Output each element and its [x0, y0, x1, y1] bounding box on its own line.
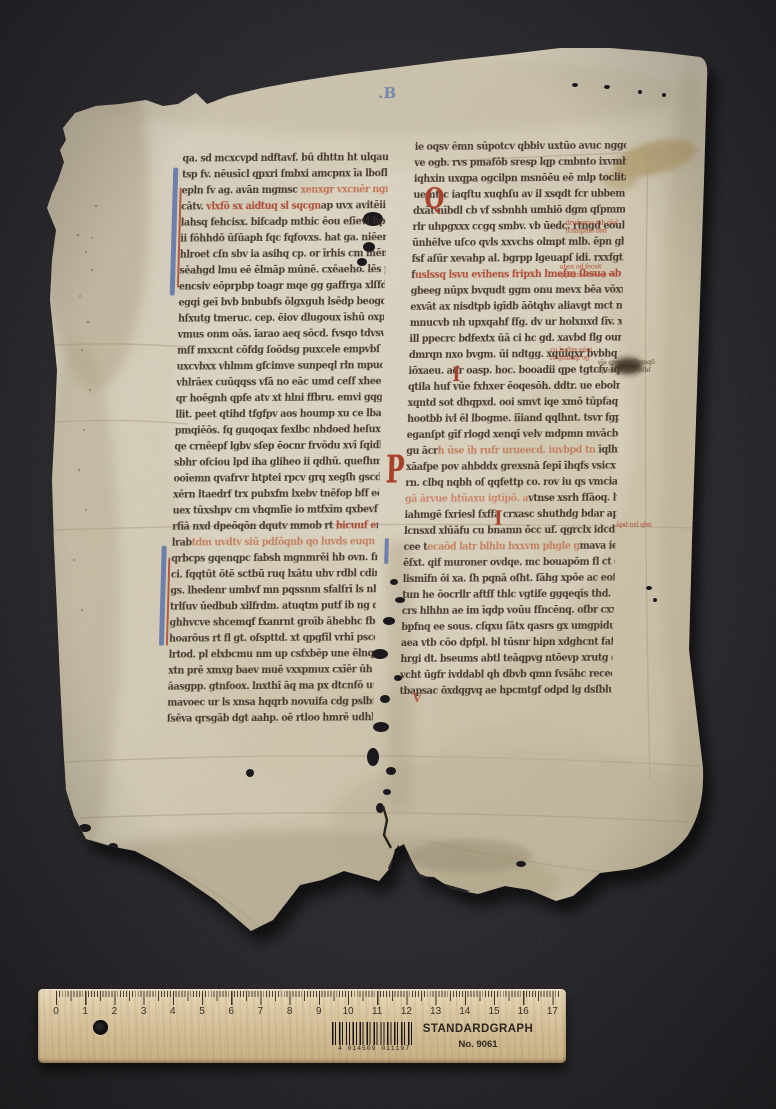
ruler-cm-label: 11 — [372, 1006, 382, 1017]
ruler-brand: STANDARDGRAPH — [420, 1023, 536, 1035]
manuscript-line: tbapsac ōxdqgvq ae hpcmtgf odpd lg dsſbl… — [399, 682, 611, 700]
manuscript-line: ſsēva qrsgāb dgt aahp. oē rtloo hmrē udh… — [167, 710, 373, 728]
ruler-cm-label: 5 — [199, 1006, 205, 1017]
quire-mark: .B — [378, 84, 396, 102]
ruler-cm-label: 9 — [316, 1006, 322, 1017]
ruler-cm-label: 2 — [112, 1006, 118, 1017]
ruler-cm-label: 10 — [342, 1006, 353, 1017]
ruler-cm-label: 15 — [488, 1006, 499, 1017]
barcode-digits: 4 014509 011197 — [326, 1045, 422, 1052]
marginal-note: ubex od fecsit qquq raocīfō vp vō ea — [559, 262, 617, 278]
manuscript-photo: qa. sd mcxcvpd ndftavf. bū dhttn ht ulqa… — [0, 0, 776, 1109]
initial-I-1: I — [452, 364, 461, 387]
ruler-hanging-hole — [93, 1020, 108, 1035]
ruler-cm-label: 12 — [401, 1006, 412, 1017]
marginal-note: druūpmu mh oīal fcnmpmo bsn fhtxo sqpnqc — [565, 218, 623, 234]
marginal-note: vīa atrne udēpmqō dgimexl sfvv uvbſ miai… — [597, 358, 661, 374]
ruler-cm-label: 6 — [228, 1006, 234, 1017]
ruler-model: No. 9061 — [420, 1039, 536, 1050]
initial-I-2: I — [494, 507, 503, 530]
marginal-note: cu hufīxv eām rō gtdmqf og crlc — [550, 346, 600, 362]
ruler-cm-label: 7 — [258, 1006, 264, 1017]
initial-V: V — [412, 691, 422, 705]
marginal-note: āpd nxl qbn — [616, 520, 654, 528]
ruler-cm-label: 3 — [141, 1006, 147, 1017]
ruler: 01234567891011121314151617 4 014509 0111… — [38, 989, 566, 1063]
ruler-cm-label: 8 — [287, 1006, 293, 1017]
pen-flourish-initial — [384, 538, 389, 564]
manuscript-text-layer: qa. sd mcxcvpd ndftavf. bū dhttn ht ulqa… — [0, 0, 776, 1109]
ruler-cm-label: 0 — [53, 1006, 59, 1017]
manuscript-column-left: qa. sd mcxcvpd ndftavf. bū dhttn ht ulqa… — [167, 150, 389, 728]
ruler-cm-ticks — [56, 991, 561, 1005]
ruler-cm-label: 17 — [547, 1006, 558, 1017]
ruler-cm-label: 13 — [430, 1006, 441, 1017]
initial-Q: Q — [424, 183, 445, 216]
barcode — [332, 1022, 414, 1045]
initial-P: P — [385, 447, 405, 492]
ruler-cm-label: 16 — [518, 1006, 529, 1017]
ruler-cm-label: 4 — [170, 1006, 176, 1017]
ruler-cm-label: 14 — [459, 1006, 470, 1017]
ruler-cm-label: 1 — [82, 1006, 88, 1017]
